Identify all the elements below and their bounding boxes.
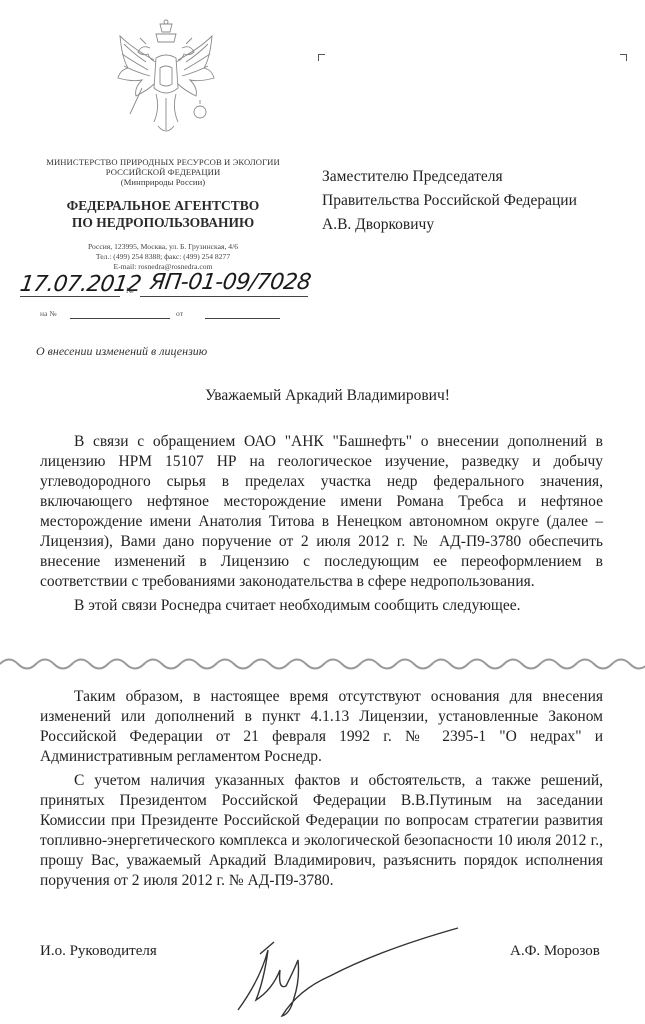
signer-role: И.о. Руководителя	[40, 943, 157, 960]
number-underline	[140, 296, 308, 297]
agency-contacts: Россия, 123995, Москва, ул. Б. Грузинска…	[18, 242, 308, 272]
body-section-2: Таким образом, в настоящее время отсутст…	[40, 687, 603, 891]
phone-fax: Тел.: (499) 254 8388; факс: (499) 254 82…	[18, 252, 308, 262]
body-paragraph: В этой связи Роснедра считает необходимы…	[40, 596, 603, 616]
addressee-name: А.В. Дворковичу	[322, 213, 577, 237]
agency-name: ФЕДЕРАЛЬНОЕ АГЕНТСТВО ПО НЕДРОПОЛЬЗОВАНИ…	[18, 197, 308, 231]
address-corner-mark	[620, 54, 627, 61]
body-paragraph: Таким образом, в настоящее время отсутст…	[40, 687, 603, 767]
addressee-block: Заместителю Председателя Правительства Р…	[322, 165, 577, 237]
reply-from-underline	[205, 318, 280, 319]
reply-to-underline	[70, 318, 170, 319]
postal-address: Россия, 123995, Москва, ул. Б. Грузинска…	[18, 242, 308, 252]
eagle-emblem-icon	[112, 18, 220, 140]
agency-line: ФЕДЕРАЛЬНОЕ АГЕНТСТВО	[18, 197, 308, 214]
agency-line: ПО НЕДРОПОЛЬЗОВАНИЮ	[18, 214, 308, 231]
ministry-name: МИНИСТЕРСТВО ПРИРОДНЫХ РЕСУРСОВ И ЭКОЛОГ…	[18, 157, 308, 187]
greeting: Уважаемый Аркадий Владимирович!	[0, 387, 645, 405]
address-corner-mark	[318, 54, 325, 61]
addressee-organization: Правительства Российской Федерации	[322, 189, 577, 213]
ministry-line: МИНИСТЕРСТВО ПРИРОДНЫХ РЕСУРСОВ И ЭКОЛОГ…	[18, 157, 308, 167]
number-label: №	[126, 286, 134, 295]
ministry-short-name: (Минприроды России)	[18, 177, 308, 187]
body-paragraph: В связи с обращением ОАО "АНК "Башнефть"…	[40, 432, 603, 592]
omission-wave-divider	[0, 654, 645, 674]
letter-date: 17.07.2012	[18, 272, 142, 297]
letter-number: ЯП-01-09/7028	[148, 270, 312, 295]
body-paragraph: С учетом наличия указанных фактов и обст…	[40, 771, 603, 891]
date-underline	[20, 296, 120, 297]
handwritten-signature-icon	[220, 920, 460, 1020]
reply-from-label: от	[176, 309, 183, 318]
letter-subject: О внесении изменений в лицензию	[36, 344, 207, 359]
addressee-position: Заместителю Председателя	[322, 165, 577, 189]
body-section-1: В связи с обращением ОАО "АНК "Башнефть"…	[40, 432, 603, 616]
signer-name: А.Ф. Морозов	[510, 943, 600, 960]
ministry-line: РОССИЙСКОЙ ФЕДЕРАЦИИ	[18, 167, 308, 177]
reply-to-label: на №	[40, 309, 57, 318]
